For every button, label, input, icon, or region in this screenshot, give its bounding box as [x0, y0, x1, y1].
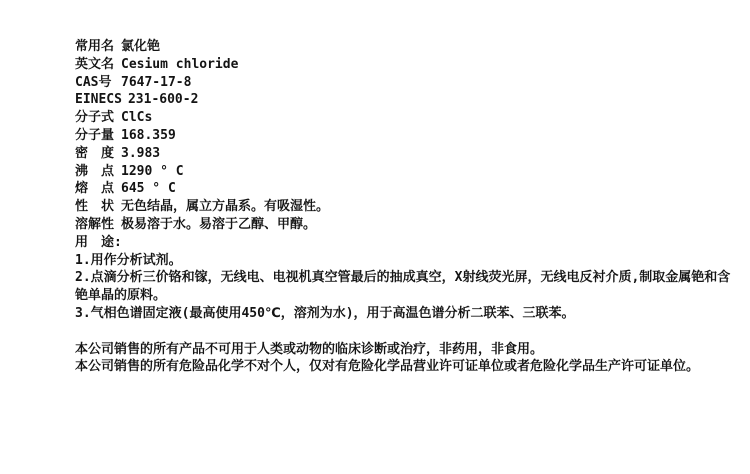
property-row-molecular-weight: 分子量168.359: [75, 127, 735, 145]
property-label: 性 状: [75, 198, 115, 216]
property-value: ClCs: [121, 110, 152, 125]
property-value: 7647-17-8: [121, 75, 191, 90]
property-label: 用 途:: [75, 234, 122, 252]
chemical-product-document: 常用名氯化铯 英文名Cesium chloride CAS号7647-17-8 …: [75, 38, 735, 376]
property-label: 密 度: [75, 145, 115, 163]
property-row-molecular-formula: 分子式ClCs: [75, 109, 735, 127]
property-row-boiling-point: 沸 点1290 ° C: [75, 163, 735, 181]
property-row-common-name: 常用名氯化铯: [75, 38, 735, 56]
use-line-3: 3.气相色谱固定液(最高使用450℃，溶剂为水)，用于高温色谱分析二联苯、三联苯…: [75, 305, 735, 323]
disclaimer-line-1: 本公司销售的所有产品不可用于人类或动物的临床诊断或治疗，非药用，非食用。: [75, 341, 735, 359]
property-row-density: 密 度3.983: [75, 145, 735, 163]
property-label: 熔 点: [75, 180, 115, 198]
disclaimer-line-2: 本公司销售的所有危险品化学不对个人，仅对有危险化学品营业许可证单位或者危险化学品…: [75, 358, 735, 376]
property-value: 氯化铯: [121, 39, 160, 54]
property-value: 无色结晶，属立方晶系。有吸湿性。: [121, 199, 329, 214]
property-row-english-name: 英文名Cesium chloride: [75, 56, 735, 74]
paragraph-gap: [75, 323, 735, 341]
use-line-2-continued: 铯单晶的原料。: [75, 287, 735, 305]
property-label: 分子量: [75, 127, 115, 145]
property-label: 沸 点: [75, 163, 115, 181]
property-value: 极易溶于水。易溶于乙醇、甲醇。: [121, 217, 316, 232]
property-label: CAS号: [75, 74, 115, 92]
property-label: 溶解性: [75, 216, 115, 234]
property-value: 168.359: [121, 128, 176, 143]
property-row-appearance: 性 状无色结晶，属立方晶系。有吸湿性。: [75, 198, 735, 216]
property-label: 英文名: [75, 56, 115, 74]
property-row-einecs: EINECS231-600-2: [75, 91, 735, 109]
property-row-solubility: 溶解性极易溶于水。易溶于乙醇、甲醇。: [75, 216, 735, 234]
property-label: 常用名: [75, 38, 115, 56]
property-row-uses-heading: 用 途:: [75, 234, 735, 252]
property-label: EINECS: [75, 91, 122, 109]
property-value: 3.983: [121, 146, 160, 161]
property-value: 645 ° C: [121, 181, 176, 196]
property-value: Cesium chloride: [121, 57, 238, 72]
property-row-cas-number: CAS号7647-17-8: [75, 74, 735, 92]
property-value: 1290 ° C: [121, 164, 184, 179]
property-row-melting-point: 熔 点645 ° C: [75, 180, 735, 198]
use-line-1: 1.用作分析试剂。: [75, 252, 735, 270]
use-line-2: 2.点滴分析三价铬和镓，无线电、电视机真空管最后的抽成真空，X射线荧光屏，无线电…: [75, 269, 735, 287]
property-label: 分子式: [75, 109, 115, 127]
property-value: 231-600-2: [128, 92, 198, 107]
